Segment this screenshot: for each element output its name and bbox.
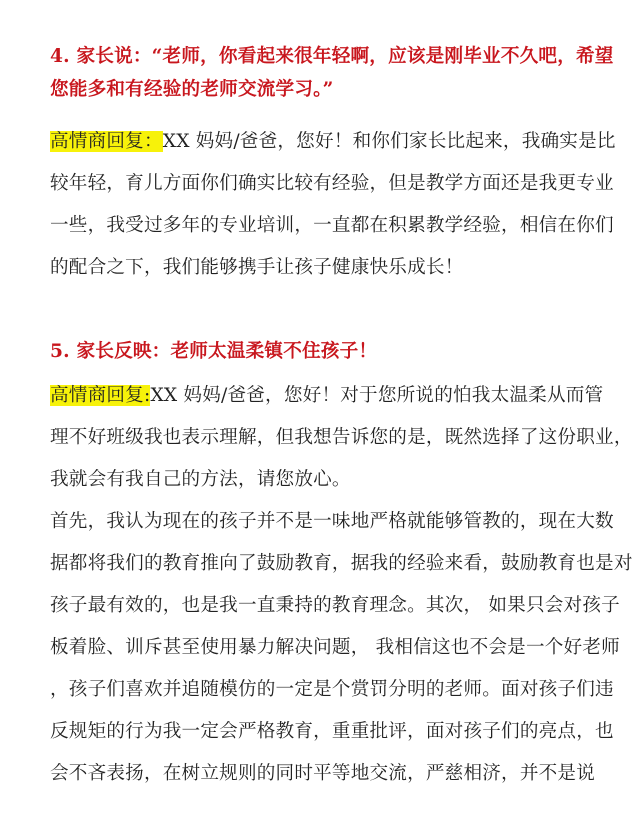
body-line-1: 首先，我认为现在的孩子并不是一味地严格就能够管教的，现在大数 [50,509,614,535]
reply-label-highlight: 高情商回复: [50,385,150,406]
body-line-2: 据都将我们的教育推向了鼓励教育，据我的经验来看，鼓励教育也是对 [50,551,633,577]
section-4-reply-line-1: 高情商回复：XX 妈妈/爸爸，您好！和你们家长比起来，我确实是比 [50,129,616,155]
section-5-reply-line-3: 我就会有我自己的方法，请您放心。 [50,467,351,493]
body-line-6: 反规矩的行为我一定会严格教育，重重批评，面对孩子们的亮点，也 [50,719,614,745]
section-5-reply-line-2: 理不好班级我也表示理解，但我想告诉您的是，既然选择了这份职业， [50,425,633,451]
reply-text: XX 妈妈/爸爸，您好！和你们家长比起来，我确实是比 [163,131,616,152]
section-5-heading: 5. 家长反映：老师太温柔镇不住孩子！ [50,339,377,365]
section-4-heading-line-1: 4. 家长说：“老师，你看起来很年轻啊，应该是刚毕业不久吧，希望 [50,44,614,70]
reply-label-highlight: 高情商回复： [50,131,163,152]
body-line-3: 孩子最有效的，也是我一直秉持的教育理念。其次， 如果只会对孩子 [50,593,620,619]
body-line-5: ，孩子们喜欢并追随模仿的一定是个赏罚分明的老师。面对孩子们违 [50,677,614,703]
body-line-7: 会不吝表扬，在树立规则的同时平等地交流，严慈相济，并不是说 [50,761,595,787]
section-4-reply-line-3: 一些，我受过多年的专业培训，一直都在积累教学经验，相信在你们 [50,213,614,239]
section-5-reply-line-1: 高情商回复:XX 妈妈/爸爸，您好！对于您所说的怕我太温柔从而管 [50,383,603,409]
section-4-heading-line-2: 您能多和有经验的老师交流学习。” [50,77,334,103]
section-4-reply-line-4: 的配合之下，我们能够携手让孩子健康快乐成长！ [50,255,463,281]
reply-text: XX 妈妈/爸爸，您好！对于您所说的怕我太温柔从而管 [150,385,603,406]
section-4-reply-line-2: 较年轻，育儿方面你们确实比较有经验，但是教学方面还是我更专业 [50,171,614,197]
body-line-4: 板着脸、训斥甚至使用暴力解决问题， 我相信这也不会是一个好老师 [50,635,620,661]
